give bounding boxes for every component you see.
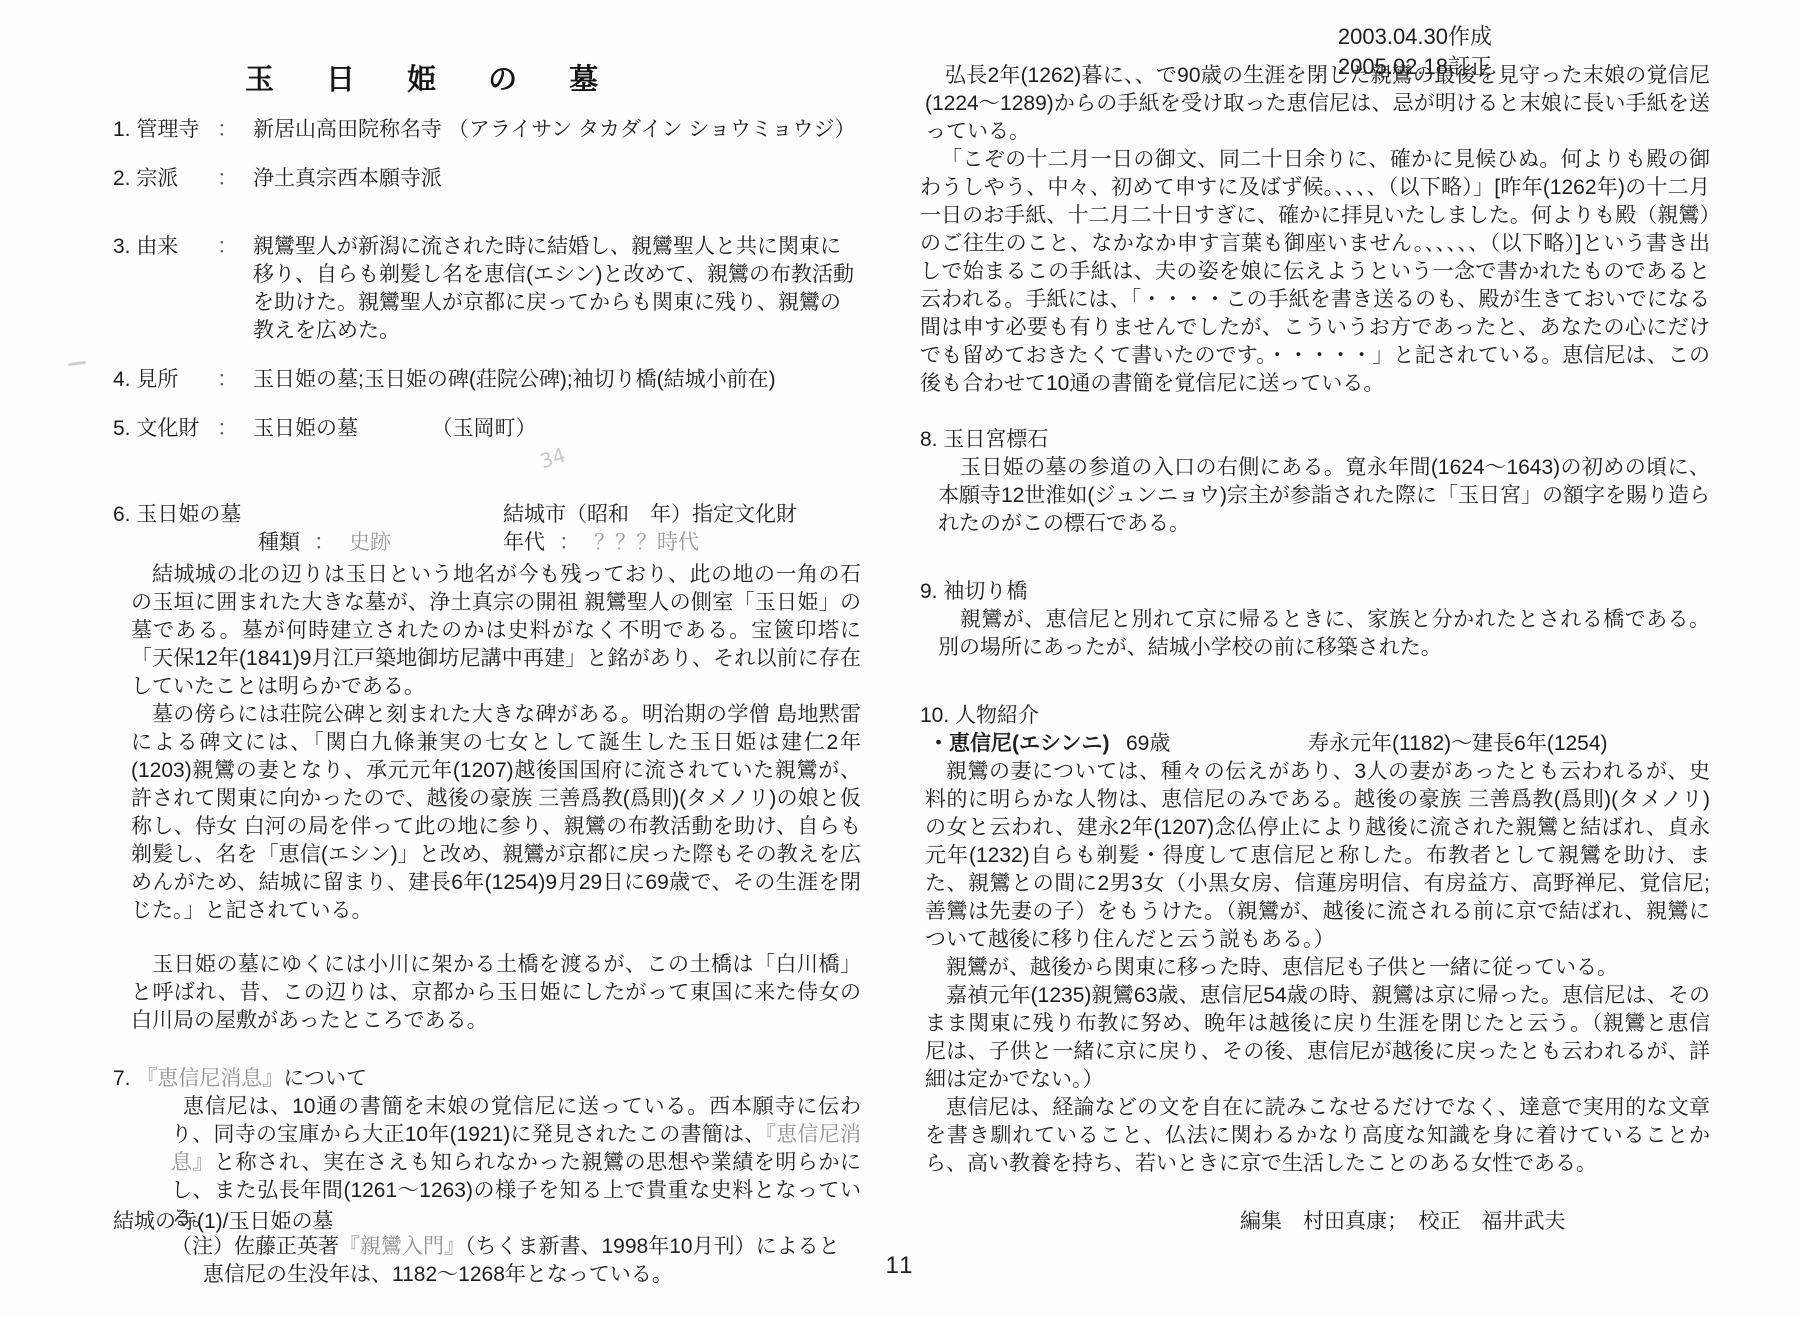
item-label: 1. 管理寺 xyxy=(113,116,217,144)
section9-heading: 9. 袖切り橋 xyxy=(920,578,1710,606)
person-dates: 寿永元年(1182)～建長6年(1254) xyxy=(1308,730,1608,758)
footer-series-title: 結城の寺(1)/玉日姫の墓 xyxy=(113,1208,334,1236)
section6-paragraph-1: 結城城の北の辺りは玉日という地名が今も残っており、此の地の一角の石の玉垣に囲まれ… xyxy=(131,561,861,701)
item-value: 浄土真宗西本願寺派 xyxy=(253,165,861,193)
person-name: ・恵信尼(エシンニ) xyxy=(928,732,1109,755)
scanned-document-page: 2003.04.30作成 2005.02.18訂正 玉 日 姫 の 墓 1. 管… xyxy=(0,0,1800,1317)
section7-heading-title: 『恵信尼消息』 xyxy=(136,1067,283,1090)
section10-paragraph-1: 親鸞の妻については、種々の伝えがあり、3人の妻があったとも云われるが、史料的に明… xyxy=(925,758,1710,954)
section6-heading-row: 6. 玉日姫の墓 結城市（昭和 年）指定文化財 xyxy=(113,501,861,529)
item-label: 3. 由来 xyxy=(113,233,217,345)
section10-heading: 10. 人物紹介 xyxy=(920,702,1710,730)
section-tamahi-no-haka: 6. 玉日姫の墓 結城市（昭和 年）指定文化財 種類：史跡 年代：？？？時代 結… xyxy=(113,501,861,1035)
scan-edge-artifact xyxy=(68,361,86,366)
kind-value: 史跡 xyxy=(349,531,391,554)
section7-heading-number: 7. xyxy=(113,1067,136,1090)
item-label: 4. 見所 xyxy=(113,366,217,394)
person-summary-row: ・恵信尼(エシンニ) 69歳 寿永元年(1182)～建長6年(1254) xyxy=(928,730,1710,758)
era-label: 年代 xyxy=(503,531,545,554)
info-item-shuha: 2. 宗派 ： 浄土真宗西本願寺派 xyxy=(113,165,861,193)
right-column: 弘長2年(1262)暮に、、で90歳の生涯を閉じた親鸞の最後を見守った末娘の覚信… xyxy=(920,62,1710,1178)
info-item-yurai: 3. 由来 ： 親鸞聖人が新潟に流された時に結婚し、親鸞聖人と共に関東に移り、自… xyxy=(113,233,861,345)
section7-heading-suffix: について xyxy=(283,1067,367,1090)
person-age: 69歳 xyxy=(1126,730,1170,758)
item-label: 5. 文化財 xyxy=(113,415,217,443)
kind-field: 種類：史跡 xyxy=(258,529,391,557)
footer-credits: 編集 村田真康； 校正 福井武夫 xyxy=(1240,1208,1566,1236)
item-colon: ： xyxy=(217,415,253,443)
era-value: ？？？時代 xyxy=(594,531,699,554)
item-colon: ： xyxy=(217,116,253,144)
section6-designation: 結城市（昭和 年）指定文化財 xyxy=(503,501,797,529)
section7-body-text: 恵信尼は、10通の書簡を末娘の覚信尼に送っている。西本願寺に伝わり、同寺の宝庫か… xyxy=(171,1095,861,1146)
section6-paragraph-3: 玉日姫の墓にゆくには小川に架かる土橋を渡るが、この土橋は「白川橋」と呼ばれ、昔、… xyxy=(131,951,861,1035)
left-column: 玉 日 姫 の 墓 1. 管理寺 ： 新居山高田院称名寺 （アライサン タカダイ… xyxy=(113,60,861,1289)
era-field: 年代：？？？時代 xyxy=(503,529,699,557)
info-item-kanriji: 1. 管理寺 ： 新居山高田院称名寺 （アライサン タカダイン ショウミョウジ） xyxy=(113,116,861,144)
section8-body: 玉日姫の墓の参道の入口の右側にある。寛永年間(1624～1643)の初めの頃に、… xyxy=(938,454,1710,538)
item-value: 親鸞聖人が新潟に流された時に結婚し、親鸞聖人と共に関東に移り、自らも剃髪し名を恵… xyxy=(253,233,861,345)
item-colon: ： xyxy=(217,165,253,193)
item-colon: ： xyxy=(217,366,253,394)
item-colon: ： xyxy=(217,233,253,345)
section8-heading: 8. 玉日宮標石 xyxy=(920,426,1710,454)
info-item-midokoro: 4. 見所 ： 玉日姫の墓;玉日姫の碑(荘院公碑);袖切り橋(結城小前在) xyxy=(113,366,861,394)
section6-paragraph-2: 墓の傍らには荘院公碑と刻まれた大きな碑がある。明治期の学僧 島地黙雷による碑文に… xyxy=(131,701,861,925)
section6-heading: 6. 玉日姫の墓 xyxy=(113,503,241,526)
section7-heading: 7. 『恵信尼消息』について xyxy=(113,1065,861,1093)
section9-body: 親鸞が、恵信尼と別れて京に帰るときに、家族と分かれたとされる橋である。別の場所に… xyxy=(938,606,1710,662)
letter-intro-paragraph: 弘長2年(1262)暮に、、で90歳の生涯を閉じた親鸞の最後を見守った末娘の覚信… xyxy=(925,62,1710,146)
section10-paragraph-2: 親鸞が、越後から関東に移った時、恵信尼も子供と一緒に従っている。 xyxy=(925,954,1710,982)
item-value: 玉日姫の墓 （玉岡町） xyxy=(253,415,861,443)
section6-meta-row: 種類：史跡 年代：？？？時代 xyxy=(113,529,861,559)
item-label: 2. 宗派 xyxy=(113,165,217,193)
kind-label: 種類 xyxy=(258,531,300,554)
page-number: 11 xyxy=(0,1252,1800,1280)
info-item-bunkazai: 5. 文化財 ： 玉日姫の墓 （玉岡町） xyxy=(113,415,861,443)
item-value: 玉日姫の墓;玉日姫の碑(荘院公碑);袖切り橋(結城小前在) xyxy=(253,366,861,394)
section-jinbutsu-shokai: 10. 人物紹介 ・恵信尼(エシンニ) 69歳 寿永元年(1182)～建長6年(… xyxy=(920,702,1710,1178)
item-value: 新居山高田院称名寺 （アライサン タカダイン ショウミョウジ） xyxy=(253,116,861,144)
era-colon: ： xyxy=(559,531,580,554)
section10-paragraph-4: 恵信尼は、経論などの文を自在に読みこなせるだけでなく、達意で実用的な文章を書き馴… xyxy=(925,1094,1710,1178)
section10-paragraph-3: 嘉禎元年(1235)親鸞63歳、恵信尼54歳の時、親鸞は京に帰った。恵信尼は、そ… xyxy=(925,982,1710,1094)
section-tamahigu-hyoseki: 8. 玉日宮標石 玉日姫の墓の参道の入口の右側にある。寛永年間(1624～164… xyxy=(920,426,1710,538)
kind-colon: ： xyxy=(314,531,335,554)
letter-quote-paragraph: 「こぞの十二月一日の御文、同二十日余りに、確かに見候ひぬ。何よりも殿の御わうしや… xyxy=(920,146,1710,398)
document-title: 玉 日 姫 の 墓 xyxy=(245,60,861,100)
created-date: 2003.04.30作成 xyxy=(1338,22,1492,52)
section-sodekiri-bashi: 9. 袖切り橋 親鸞が、恵信尼と別れて京に帰るときに、家族と分かれたとされる橋で… xyxy=(920,578,1710,662)
